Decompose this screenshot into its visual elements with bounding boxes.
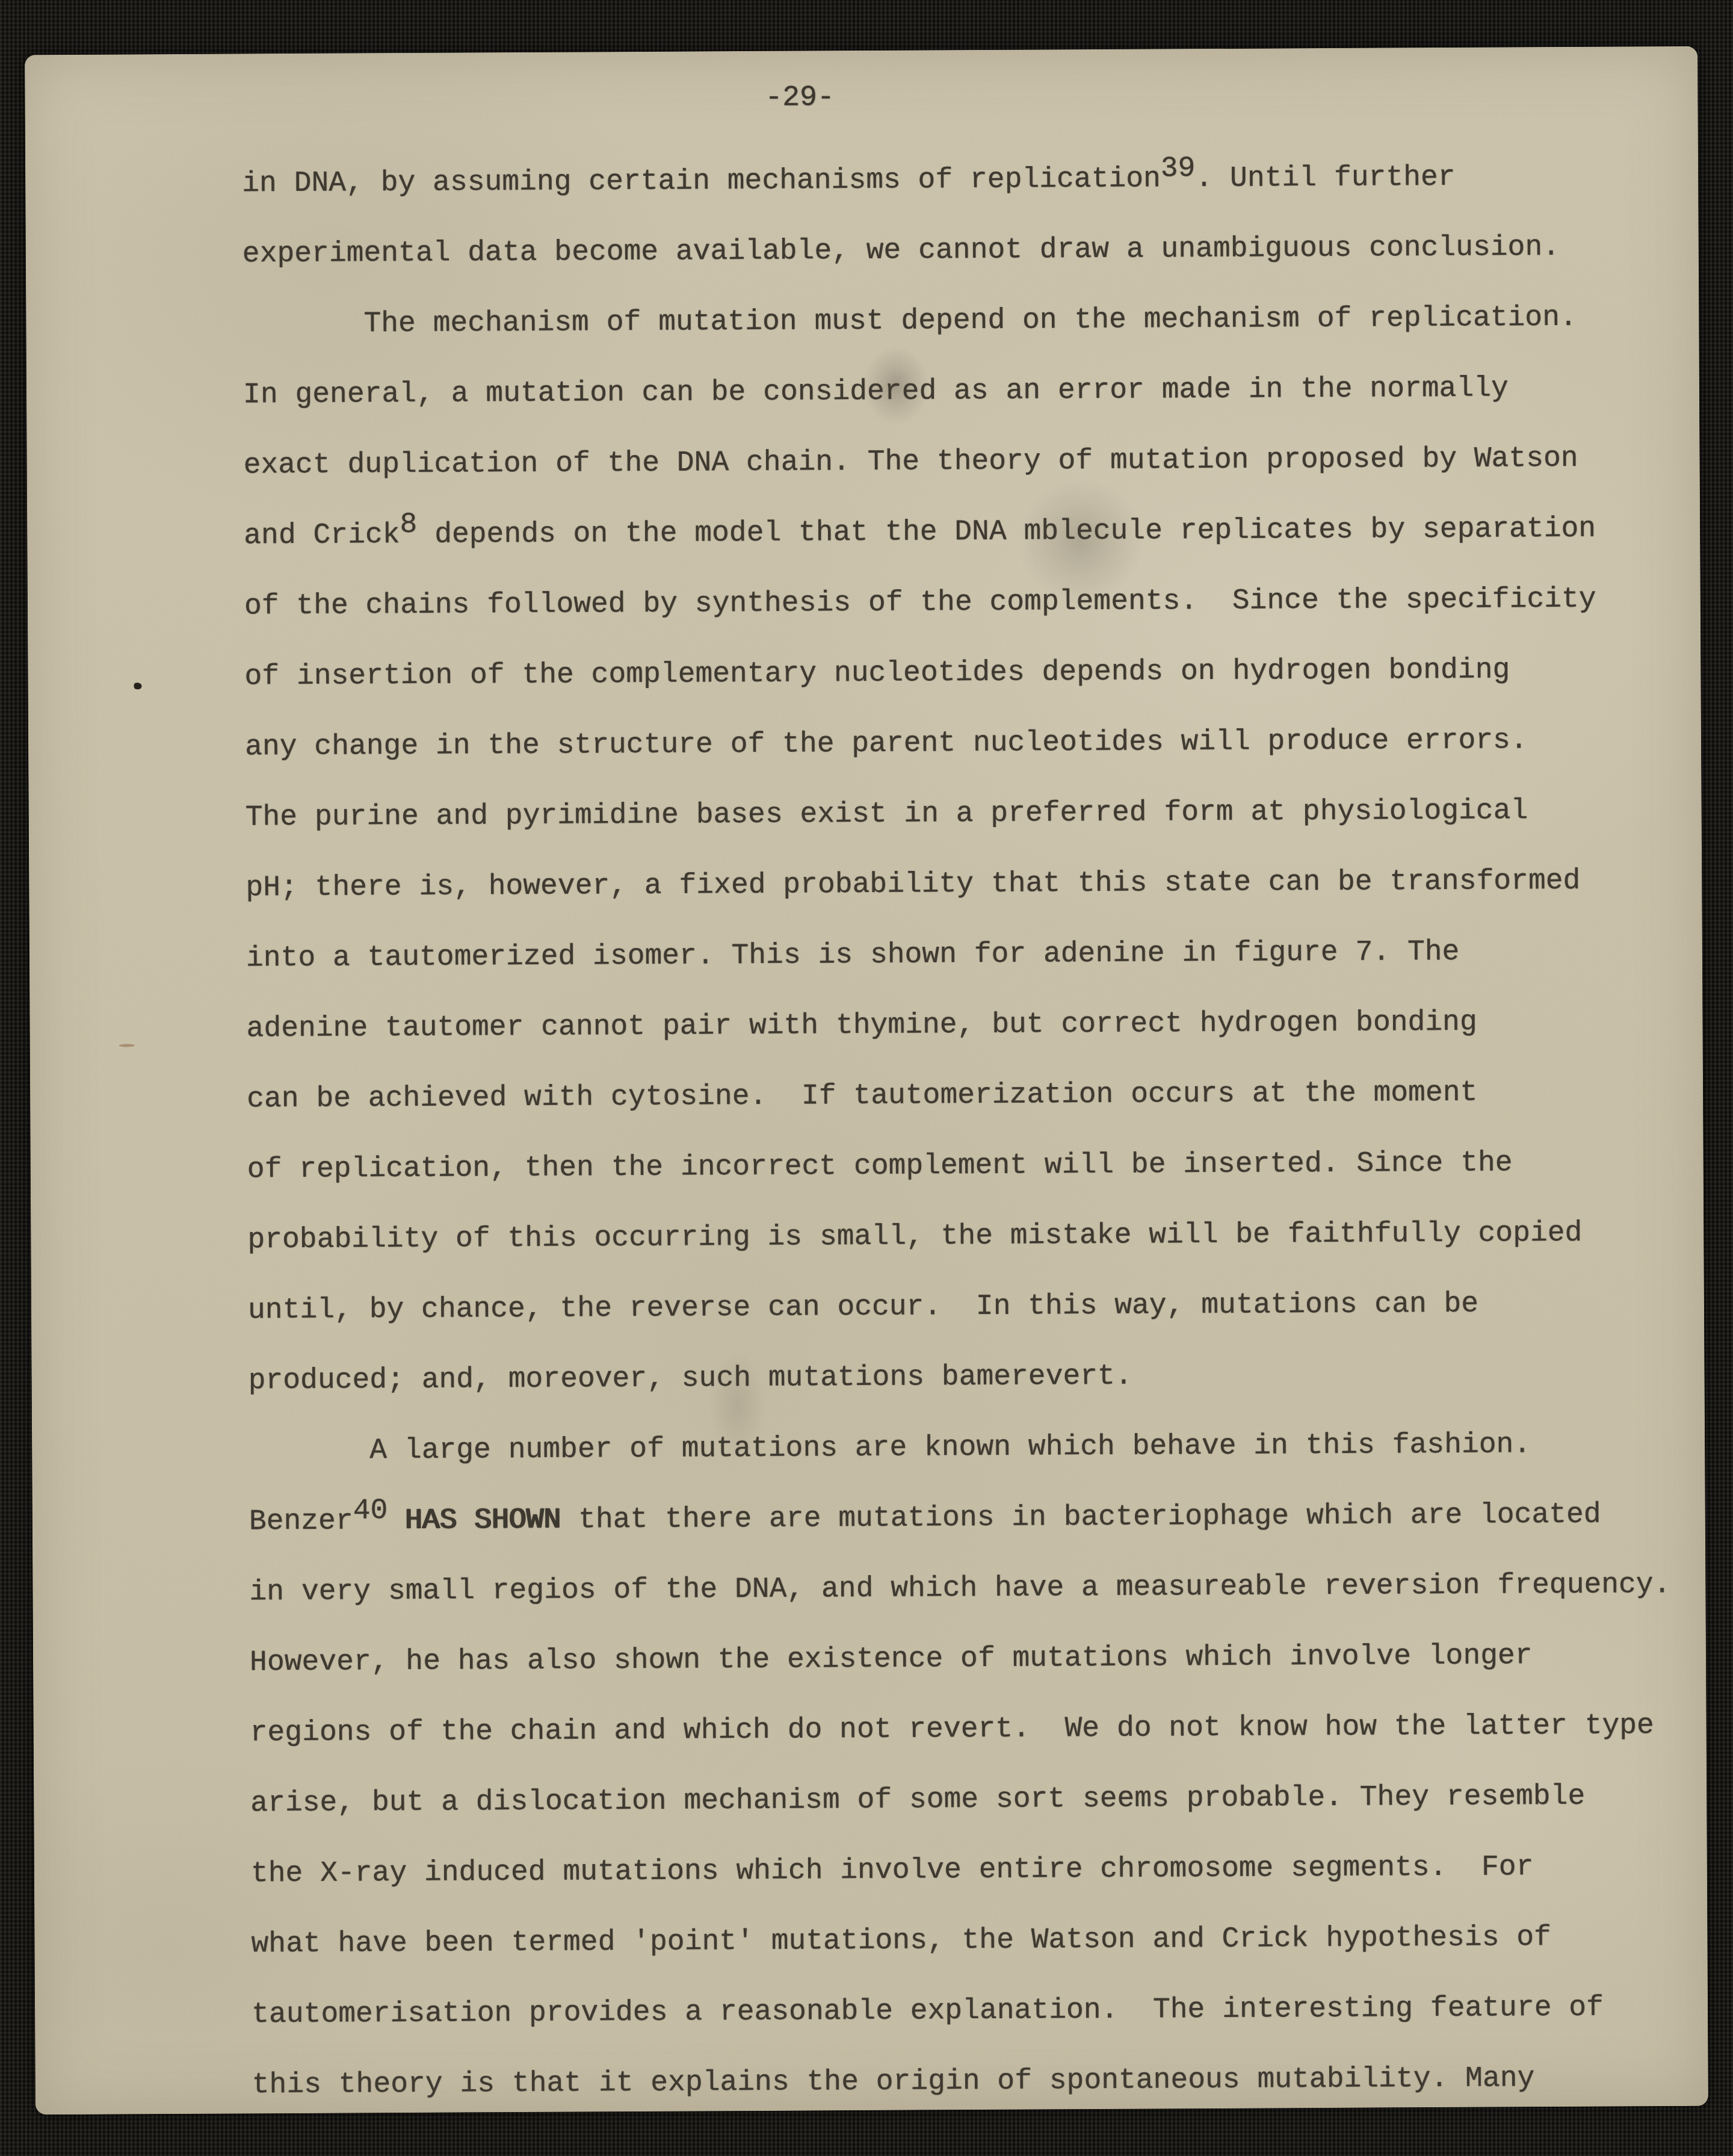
superscript-reference: 39 [1161, 152, 1196, 185]
text-segment: Benzer [249, 1505, 353, 1538]
text-segment: the X-ray induced mutations which involv… [251, 1851, 1534, 1890]
typewritten-line: into a tautomerized isomer. This is show… [246, 916, 1668, 994]
typewritten-line: of the chains followed by synthesis of t… [244, 564, 1666, 642]
superscript-reference: 40 [353, 1495, 388, 1527]
text-segment: experimental data become available, we c… [242, 231, 1560, 270]
text-segment: regions of the chain and which do not re… [250, 1709, 1654, 1749]
typewritten-line: arise, but a dislocation mechanism of so… [250, 1761, 1672, 1839]
typewritten-line: adenine tautomer cannot pair with thymin… [246, 987, 1668, 1064]
text-segment: . Until further [1195, 161, 1455, 195]
typewritten-line: The mechanism of mutation must depend on… [242, 282, 1664, 360]
typewritten-line: any change in the structure of the paren… [245, 705, 1667, 782]
text-segment: and Crick [244, 519, 400, 552]
text-segment: In general, a mutation can be considered… [243, 372, 1509, 411]
text-segment: tautomerisation provides a reasonable ex… [252, 1992, 1604, 2031]
text-segment: of insertion of the complementary nucleo… [244, 654, 1510, 693]
text-segment: depends on the model that the DNA mblecu… [417, 513, 1596, 551]
text-segment: what have been termed 'point' mutations,… [251, 1921, 1551, 1960]
typewritten-line: exact duplication of the DNA chain. The … [243, 423, 1665, 501]
text-segment: that there are mutations in bacteriophag… [561, 1499, 1601, 1537]
superscript-reference: 8 [400, 509, 417, 541]
typewritten-line: in very small regios of the DNA, and whi… [249, 1550, 1671, 1628]
typewritten-line: this theory is that it explains the orig… [252, 2043, 1673, 2120]
typewritten-line: experimental data become available, we c… [242, 212, 1664, 290]
text-segment: in very small regios of the DNA, and whi… [249, 1569, 1670, 1608]
typewritten-line: the X-ray induced mutations which involv… [251, 1832, 1673, 1909]
text-segment: until, by chance, the reverse can occur.… [248, 1288, 1478, 1327]
typewritten-line: A large number of mutations are known wh… [249, 1409, 1670, 1487]
page-number: -29- [765, 83, 834, 113]
typewritten-line: of replication, then the incorrect compl… [247, 1127, 1669, 1205]
text-segment: A large number of mutations are known wh… [369, 1428, 1531, 1467]
typewritten-line: probability of this occurring is small, … [247, 1198, 1669, 1275]
text-segment: in DNA, by assuming certain mechanisms o… [242, 163, 1161, 200]
text-segment: The mechanism of mutation must depend on… [363, 302, 1577, 341]
text-segment: into a tautomerized isomer. This is show… [246, 936, 1460, 975]
text-segment: adenine tautomer cannot pair with thymin… [246, 1006, 1477, 1045]
typewritten-line: can be achieved with cytosine. If tautom… [247, 1057, 1669, 1135]
overstruck-text: HAS SHOWN [405, 1504, 561, 1537]
text-segment: However, he has also shown the existence… [250, 1640, 1533, 1679]
typewritten-line: tautomerisation provides a reasonable ex… [252, 1972, 1673, 2050]
text-segment: exact duplication of the DNA chain. The … [243, 442, 1578, 482]
typewritten-line: and Crick8 depends on the model that the… [244, 494, 1666, 571]
typewritten-line: regions of the chain and which do not re… [250, 1691, 1672, 1768]
typewritten-line: in DNA, by assuming certain mechanisms o… [242, 141, 1664, 219]
paper-fleck [119, 1044, 135, 1047]
text-segment: this theory is that it explains the orig… [252, 2062, 1535, 2101]
text-segment [388, 1505, 405, 1537]
text-segment: of the chains followed by synthesis of t… [244, 583, 1596, 623]
typewritten-line: until, by chance, the reverse can occur.… [248, 1268, 1670, 1346]
typewritten-line: of insertion of the complementary nucleo… [244, 634, 1666, 712]
typewritten-line: produced; and, moreover, such mutations … [248, 1339, 1670, 1416]
typewritten-line: pH; there is, however, a fixed probabili… [246, 846, 1667, 923]
text-segment: can be achieved with cytosine. If tautom… [247, 1077, 1477, 1116]
margin-speck [134, 683, 142, 689]
text-segment: probability of this occurring is small, … [247, 1217, 1582, 1257]
text-segment: pH; there is, however, a fixed probabili… [246, 865, 1580, 905]
typewritten-line: In general, a mutation can be considered… [243, 353, 1665, 430]
typewritten-text-block: in DNA, by assuming certain mechanisms o… [242, 141, 1673, 2120]
text-segment: The purine and pyrimidine bases exist in… [246, 795, 1528, 834]
desk-background: { "page": { "number": "-29-", "colors": … [0, 0, 1733, 2156]
text-segment: arise, but a dislocation mechanism of so… [250, 1780, 1585, 1820]
text-segment: any change in the structure of the paren… [245, 724, 1528, 763]
typewritten-line: Benzer40 HAS SHOWN that there are mutati… [249, 1479, 1671, 1557]
manuscript-page: -29- in DNA, by assuming certain mechani… [25, 46, 1708, 2115]
text-segment: produced; and, moreover, such mutations … [248, 1360, 1132, 1398]
typewritten-line: what have been termed 'point' mutations,… [251, 1902, 1673, 1980]
typewritten-line: The purine and pyrimidine bases exist in… [245, 775, 1667, 853]
text-segment: of replication, then the incorrect compl… [247, 1147, 1513, 1186]
typewritten-line: However, he has also shown the existence… [250, 1620, 1672, 1698]
